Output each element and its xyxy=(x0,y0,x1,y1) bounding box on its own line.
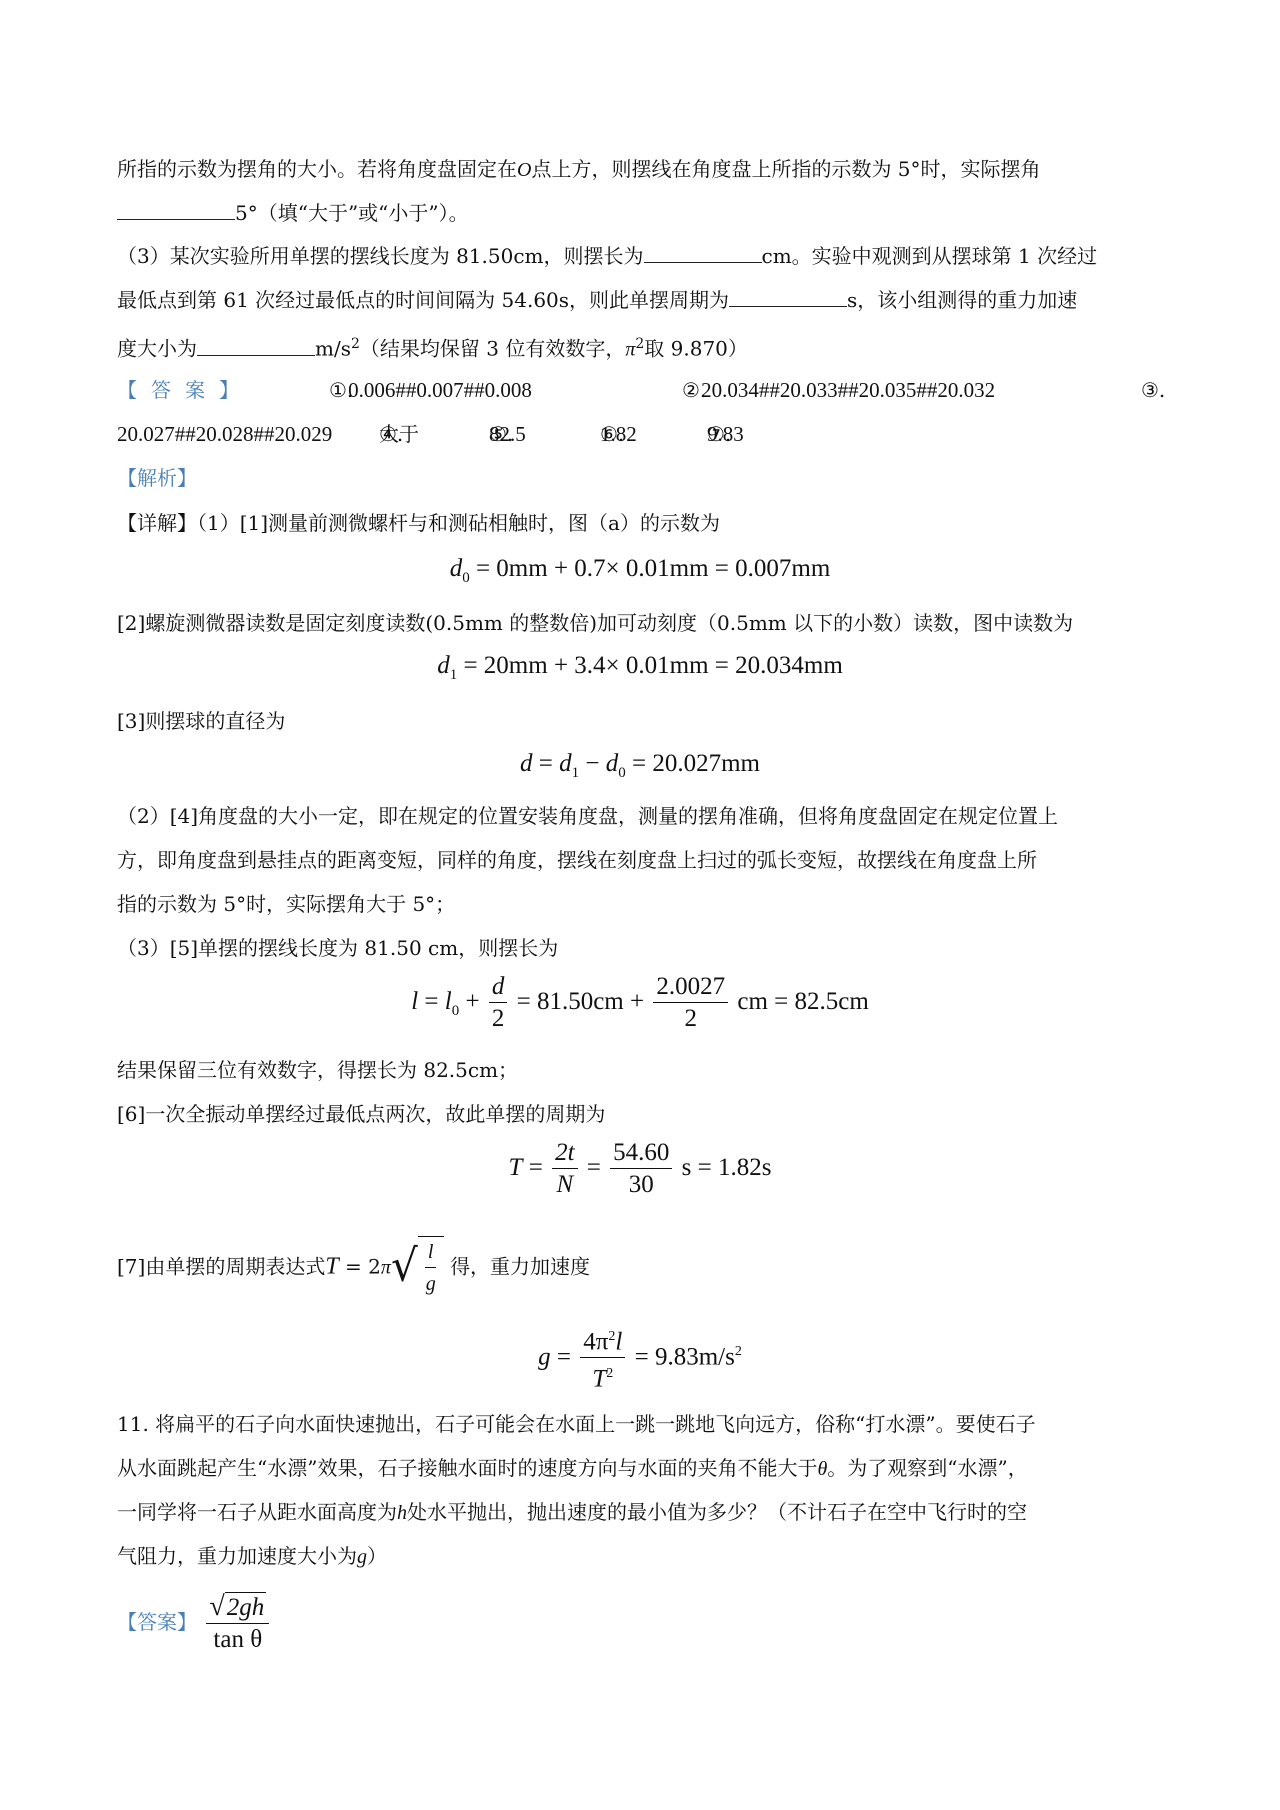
question-line-1: 所指的示数为摆角的大小。若将角度盘固定在O点上方，则摆线在角度盘上所指的示数为 … xyxy=(117,154,1177,185)
answer-row-1: 【答案】 ①. 0.006##0.007##0.008 ②. 20.034##2… xyxy=(117,375,1177,405)
detail-paragraph-4a: （2）[4]角度盘的大小一定，即在规定的位置安装角度盘，测量的摆角准确，但将角度… xyxy=(117,801,1177,831)
text: （1）[1]测量前测微螺杆与和测砧相触时，图（a）的示数为 xyxy=(197,511,720,535)
text: 得，重力加速度 xyxy=(450,1255,590,1279)
detail-paragraph-8: [7]由单摆的周期表达式T = 2π√lg 得，重力加速度 xyxy=(117,1236,1177,1298)
answer-label: 【答案】 xyxy=(117,1610,197,1634)
text: 最低点到第 61 次经过最低点的时间间隔为 54.60s，则此单摆周期为 xyxy=(117,288,729,312)
text: 所指的示数为摆角的大小。若将角度盘固定在 xyxy=(117,157,517,181)
text: 度大小为 xyxy=(117,337,197,361)
q11-line-1: 11. 将扁平的石子向水面快速抛出，石子可能会在水面上一跳一跳地飞向远方，俗称“… xyxy=(117,1409,1177,1439)
q11-answer: 【答案】 √2gh tan θ xyxy=(117,1583,1177,1663)
equation-pendulum-length: l = l0 + d2 = 81.50cm + 2.00272 cm = 82.… xyxy=(0,972,1280,1035)
equation-d: d = d1 − d0 = 20.027mm xyxy=(0,750,1280,782)
answer-formula: √2gh tan θ xyxy=(206,1591,269,1656)
unit: m/s xyxy=(315,337,351,361)
text: [7]由单摆的周期表达式 xyxy=(117,1255,325,1279)
text: cm。实验中观测到从摆球第 1 次经过 xyxy=(762,244,1098,268)
detail-paragraph-7: [6]一次全振动单摆经过最低点两次，故此单摆的周期为 xyxy=(117,1099,1177,1129)
answer-blank-5[interactable] xyxy=(644,242,762,263)
equation-d0: d0 = 0mm + 0.7× 0.01mm = 0.007mm xyxy=(0,555,1280,587)
equation-d1: d1 = 20mm + 3.4× 0.01mm = 20.034mm xyxy=(0,652,1280,684)
answer-item-1: ①. 0.006##0.007##0.008 xyxy=(329,375,348,405)
question-line-3: （3）某次实验所用单摆的摆线长度为 81.50cm，则摆长为cm。实验中观测到从… xyxy=(117,241,1177,271)
q11-line-4: 气阻力，重力加速度大小为g） xyxy=(117,1541,1177,1572)
q11-line-3: 一同学将一石子从距水面高度为h处水平抛出，抛出速度的最小值为多少？（不计石子在空… xyxy=(117,1497,1177,1528)
question-line-5: 度大小为m/s2（结果均保留 3 位有效数字，π2取 9.870） xyxy=(117,329,1177,365)
text: 5°（填“大于”或“小于”）。 xyxy=(235,201,469,225)
q11-line-2: 从水面跳起产生“水漂”效果，石子接触水面时的速度方向与水面的夹角不能大于θ。为了… xyxy=(117,1453,1177,1484)
detail-paragraph-2: [2]螺旋测微器读数是固定刻度读数(0.5mm 的整数倍)加可动刻度（0.5mm… xyxy=(117,608,1177,638)
text: （3）某次实验所用单摆的摆线长度为 81.50cm，则摆长为 xyxy=(117,244,644,268)
question-line-4: 最低点到第 61 次经过最低点的时间间隔为 54.60s，则此单摆周期为s，该小… xyxy=(117,285,1177,315)
equation-period: T = 2tN = 54.6030 s = 1.82s xyxy=(0,1138,1280,1201)
text: （结果均保留 3 位有效数字， xyxy=(360,337,625,361)
answer-blank-7[interactable] xyxy=(197,335,315,356)
answer-item-3-value: 20.027##20.028##20.029 xyxy=(117,419,332,449)
sqrt-l-over-g: √lg xyxy=(391,1236,444,1300)
detail-label: 【详解】 xyxy=(117,511,197,535)
answer-label: 【答案】 xyxy=(117,375,253,405)
text: 点上方，则摆线在角度盘上所指的示数为 5°时，实际摆角 xyxy=(531,157,1040,181)
analysis-label: 【解析】 xyxy=(117,463,1177,493)
answer-row-2: 20.027##20.028##20.029 ④. 大于 ⑤. 82.5 ⑥. … xyxy=(117,419,1177,449)
detail-paragraph-4b: 方，即角度盘到悬挂点的距离变短，同样的角度，摆线在刻度盘上扫过的弧长变短，故摆线… xyxy=(117,845,1177,875)
equation-gravity: g = 4π2lT2 = 9.83m/s2 xyxy=(0,1322,1280,1396)
question-line-2: 5°（填“大于”或“小于”）。 xyxy=(117,198,1177,228)
answer-item-3-mark: ③. xyxy=(1141,375,1165,405)
answer-blank-6[interactable] xyxy=(729,286,847,307)
detail-paragraph-5: （3）[5]单摆的摆线长度为 81.50 cm，则摆长为 xyxy=(117,933,1177,963)
detail-paragraph-4c: 指的示数为 5°时，实际摆角大于 5°； xyxy=(117,889,1177,919)
answer-item-2: ②. 20.034##20.033##20.035##20.032 xyxy=(682,375,701,405)
detail-paragraph-1: 【详解】（1）[1]测量前测微螺杆与和测砧相触时，图（a）的示数为 xyxy=(117,508,1177,538)
detail-paragraph-6: 结果保留三位有效数字，得摆长为 82.5cm； xyxy=(117,1055,1177,1085)
detail-paragraph-3: [3]则摆球的直径为 xyxy=(117,706,1177,736)
text: 取 9.870） xyxy=(644,337,748,361)
point-o: O xyxy=(517,159,531,181)
text: s，该小组测得的重力加速 xyxy=(847,288,1077,312)
answer-blank-4[interactable] xyxy=(117,199,235,220)
